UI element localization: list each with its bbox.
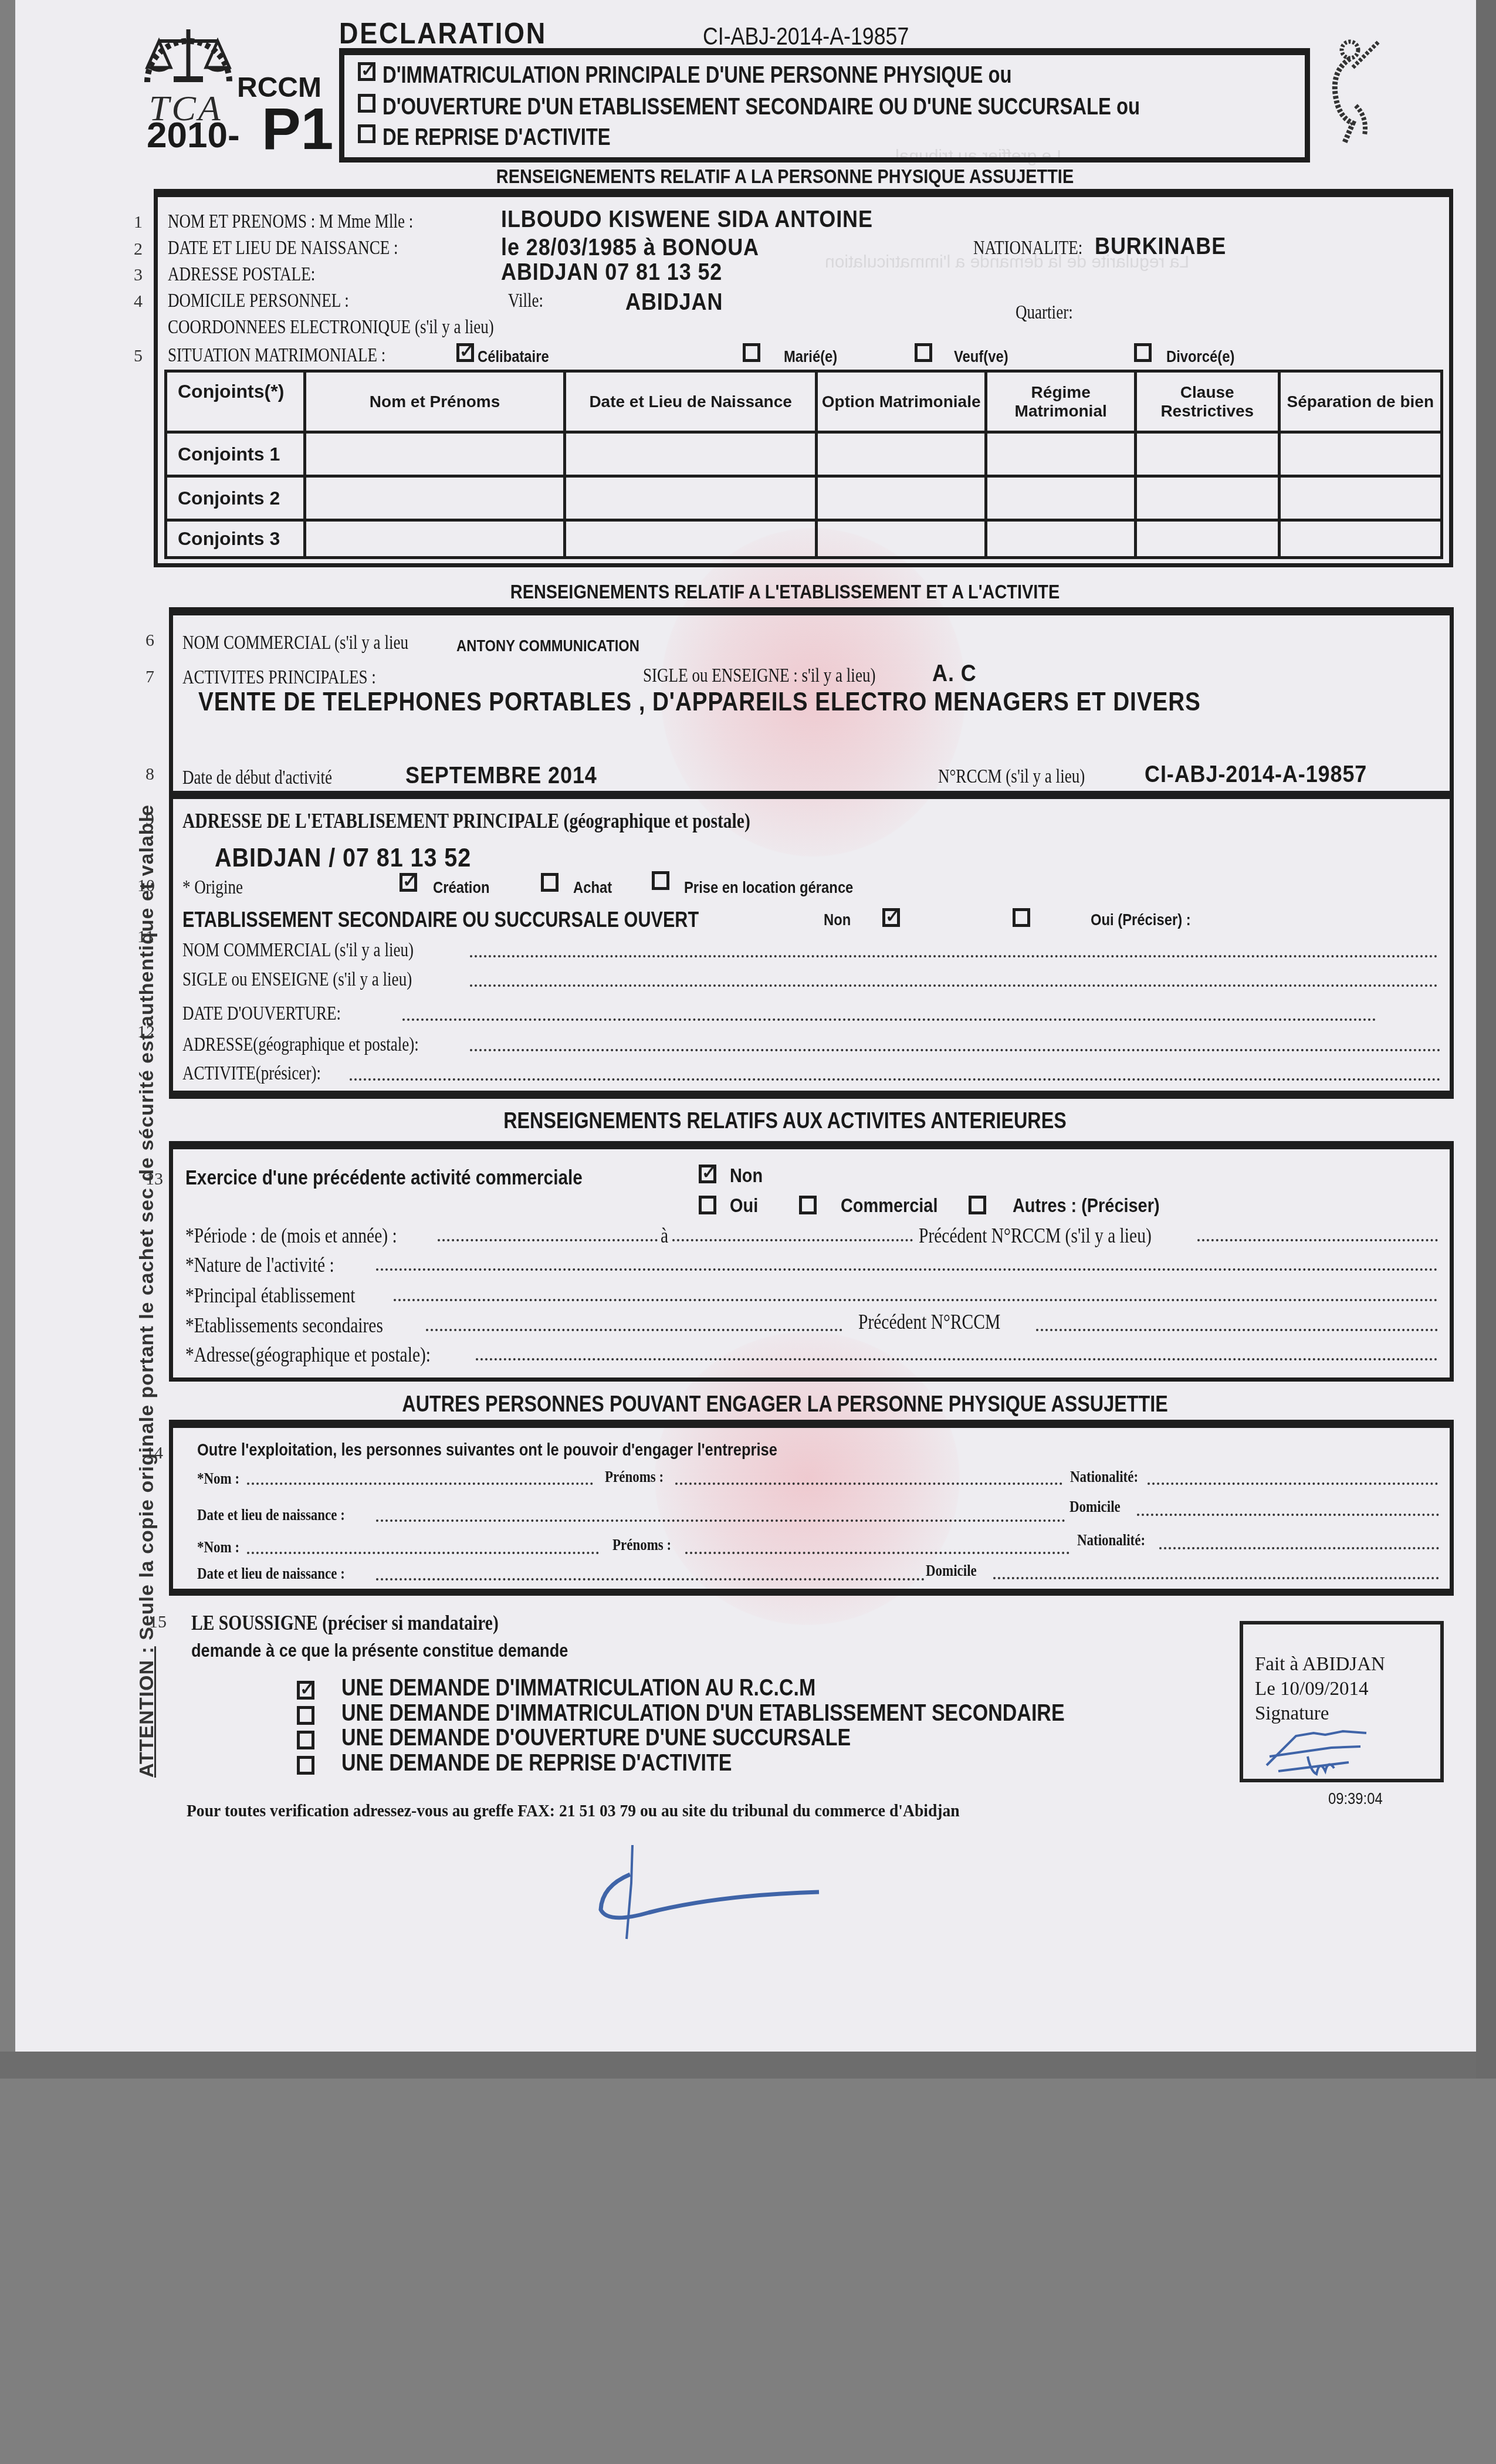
spouse-table-header-cell: Séparation de bien [1279,371,1441,432]
quarter-label: Quartier: [1016,302,1073,324]
declaration-type-checkbox-3[interactable] [358,124,375,143]
establishment-address-label-suffix: (géographique et postale) [564,809,750,832]
request-intro: demande à ce que la présente constitue d… [191,1640,568,1661]
main-activities-value: VENTE DE TELEPHONES PORTABLES , D'APPARE… [198,688,1201,717]
spouse-table-cell[interactable] [565,476,817,520]
declaration-type-label-3: DE REPRISE D'ACTIVITE [383,124,611,151]
secondary-sign-field[interactable] [470,984,1438,987]
secondary-address-label: ADRESSE(géographique et postale): [182,1034,419,1056]
declaration-type-checkbox-2[interactable] [358,94,375,113]
declaration-type-label-1: D'IMMATRICULATION PRINCIPALE D'UNE PERSO… [383,62,1012,89]
spouse-row-label: Conjoints 3 [166,520,305,558]
spouse-table-header-cell: Nom et Prénoms [304,371,564,432]
marital-status-label: SITUATION MATRIMONIALE : [168,345,385,367]
rccm-value: CI-ABJ-2014-A-19857 [1145,761,1367,788]
form-series-code: P1 [262,100,333,158]
start-date-value: SEPTEMBRE 2014 [405,763,597,789]
secondary-yes-label: Oui (Préciser) : [1091,911,1191,929]
spouse-table-cell[interactable] [1135,432,1279,476]
request-checkbox-branch[interactable] [297,1731,314,1749]
previous-no-label: Non [730,1165,763,1187]
spouse-table-cell[interactable] [565,520,817,558]
origin-label-creation: Création [433,878,490,897]
request-checkbox-resumption[interactable] [297,1756,314,1775]
scanner-edge [1476,0,1496,2079]
other-1-nationality-field[interactable] [1148,1483,1438,1485]
trade-name-label: NOM COMMERCIAL (s'il y a lieu [182,632,408,654]
other-2-name-label: *Nom : [197,1538,239,1557]
other-2-birth-field[interactable] [376,1578,925,1580]
secondary-address-field[interactable] [470,1049,1441,1051]
previous-yes-label: Oui [730,1194,758,1217]
name-value: ILBOUDO KISWENE SIDA ANTOINE [501,207,873,233]
declaration-type-label-2: D'OUVERTURE D'UN ETABLISSEMENT SECONDAIR… [383,94,1140,120]
line-number-10: 10 [137,876,155,896]
activity-nature-field[interactable] [376,1268,1438,1271]
line-number-1: 1 [134,212,143,232]
request-label-branch: UNE DEMANDE D'OUVERTURE D'UNE SUCCURSALE [341,1725,851,1751]
line-number-13: 13 [145,1169,163,1189]
spouse-table-row: Conjoints 3 [166,520,1442,558]
signature-box: Fait à ABIDJAN Le 10/09/2014 Signature [1240,1621,1444,1782]
spouse-table-cell[interactable] [1135,476,1279,520]
origin-label: * Origine [182,877,243,899]
other-2-nationality-field[interactable] [1159,1547,1439,1549]
birth-label: DATE ET LIEU DE NAISSANCE : [168,238,398,259]
previous-rccm-label: Précédent N°RCCM (s'il y a lieu) [919,1223,1152,1248]
verification-footer: Pour toutes verification adressez-vous a… [187,1801,960,1821]
name-label: NOM ET PRENOMS : M Mme Mlle : [168,211,413,233]
other-2-firstname-field[interactable] [685,1552,1069,1554]
others-intro: Outre l'exploitation, les personnes suiv… [197,1440,777,1460]
other-1-firstname-label: Prénoms : [605,1468,664,1487]
request-label-secondary: UNE DEMANDE D'IMMATRICULATION D'UN ETABL… [341,1700,1065,1727]
document-page: La regularite de la demande a l'immatric… [15,0,1476,2052]
postal-address-label: ADRESSE POSTALE: [168,264,315,286]
line-number-14: 14 [145,1443,163,1463]
secondary-no-label: Non [824,911,851,929]
secondary-no-checkbox[interactable] [882,908,900,927]
document-title: DECLARATION [339,16,547,50]
activity-nature-label: *Nature de l'activité : [185,1253,334,1277]
request-checkbox-secondary[interactable] [297,1706,314,1725]
birth-value: le 28/03/1985 à BONOUA [501,235,759,261]
line-number-12: 12 [137,1022,155,1042]
declaration-type-checkbox-1[interactable] [358,62,375,81]
origin-checkbox-creation[interactable] [400,873,417,892]
opening-date-label: DATE D'OUVERTURE: [182,1003,341,1025]
city-label: Ville: [508,290,543,312]
establishment-address-value: ABIDJAN / 07 81 13 52 [215,844,471,873]
electronic-contact-label: COORDONNEES ELECTRONIQUE (s'il y a lieu) [168,317,494,339]
sign-label: SIGLE ou ENSEIGNE : s'il y a lieu) [643,665,875,687]
other-2-nationality-label: Nationalité: [1077,1531,1145,1550]
spouse-table-cell[interactable] [565,432,817,476]
section-heading-establishment: RENSEIGNEMENTS RELATIF A L'ETABLISSEMENT… [336,581,1234,604]
nationality-label: NATIONALITE: [973,238,1082,259]
secondary-trade-name-field[interactable] [470,955,1438,957]
line-number-7: 7 [145,667,154,687]
previous-rccm-field[interactable] [1197,1239,1438,1241]
spouse-table: Conjoints(*)Nom et PrénomsDate et Lieu d… [164,370,1443,559]
other-2-firstname-label: Prénoms : [612,1536,671,1555]
line-number-9: 9 [145,810,154,830]
origin-label-purchase: Achat [573,878,612,897]
signature-date: Le 10/09/2014 [1255,1678,1368,1700]
period-from-field[interactable] [438,1239,658,1241]
section-heading-person: RENSEIGNEMENTS RELATIF A LA PERSONNE PHY… [336,165,1234,188]
secondary-trade-name-label: NOM COMMERCIAL (s'il y a lieu) [182,940,414,962]
secondary-activity-field[interactable] [350,1078,1441,1081]
spouse-table-header-cell: Date et Lieu de Naissance [565,371,817,432]
nationality-value: BURKINABE [1095,233,1226,260]
spouse-table-row: Conjoints 2 [166,476,1442,520]
request-checkbox-rccm[interactable] [297,1681,314,1700]
request-label-rccm: UNE DEMANDE D'IMMATRICULATION AU R.C.C.M [341,1675,815,1701]
spouse-table-cell[interactable] [1279,520,1441,558]
establishment-address-label-main: ADRESSE DE L'ETABLISEMENT PRINCIPALE [182,809,559,832]
form-series-year: 2010- [147,114,240,156]
previous-other-checkbox[interactable] [969,1196,986,1214]
spouse-table-cell[interactable] [816,520,986,558]
other-1-nationality-label: Nationalité: [1070,1468,1138,1487]
previous-address-field[interactable] [476,1358,1438,1360]
main-activities-label: ACTIVITES PRINCIPALES : [182,667,376,689]
domicile-label: DOMICILE PERSONNEL : [168,290,349,312]
principal-establishment-label: *Principal établissement [185,1283,355,1308]
handwritten-initials-icon [567,1842,1024,1942]
handwritten-signature-icon [1261,1724,1390,1777]
scanner-shadow-band [0,2052,1496,2079]
spouse-table-cell[interactable] [304,432,564,476]
opening-date-field[interactable] [402,1018,1376,1021]
secondary-sign-label: SIGLE ou ENSEIGNE (s'il y a lieu) [182,969,412,991]
postal-address-value: ABIDJAN 07 81 13 52 [501,259,722,286]
other-1-name-field[interactable] [247,1483,593,1485]
other-2-name-field[interactable] [247,1552,599,1554]
spouse-row-label: Conjoints 2 [166,476,305,520]
spouse-table-row: Conjoints 1 [166,432,1442,476]
origin-label-lease: Prise en location gérance [684,878,853,897]
line-number-4: 4 [134,292,143,312]
timestamp: 09:39:04 [1328,1789,1383,1808]
marital-label-divorced: Divorcé(e) [1166,347,1234,366]
line-number-15: 15 [149,1612,167,1632]
spouse-table-cell[interactable] [1279,476,1441,520]
spouse-table-header-cell: Option Matrimoniale [816,371,986,432]
secondary-yes-checkbox[interactable] [1013,908,1030,927]
other-1-birth-label: Date et lieu de naissance : [197,1506,345,1525]
period-label: *Période : de (mois et année) : [185,1223,397,1248]
other-2-domicile-label: Domicile [926,1562,977,1580]
previous-activity-question: Exercice d'une précédente activité comme… [185,1166,583,1190]
side-note-prefix: ATTENTION : [136,1646,158,1778]
previous-commercial-checkbox[interactable] [799,1196,817,1214]
line-number-5: 5 [134,346,143,366]
section-heading-others: AUTRES PERSONNES POUVANT ENGAGER LA PERS… [336,1392,1234,1417]
line-number-8: 8 [145,764,154,784]
rccm-label: N°RCCM (s'il y a lieu) [938,766,1085,788]
spouse-table-cell[interactable] [986,520,1136,558]
document-reference: CI-ABJ-2014-A-19857 [703,22,909,50]
spouse-table-header-cell: Régime Matrimonial [986,371,1136,432]
secondary-establishments-label: *Etablissements secondaires [185,1313,383,1338]
spouse-table-header-cell: Conjoints(*) [166,371,305,432]
spouse-table-cell[interactable] [986,432,1136,476]
spouse-table-cell[interactable] [986,476,1136,520]
other-1-domicile-field[interactable] [1137,1514,1439,1516]
marital-label-single: Célibataire [478,347,549,366]
marital-checkbox-divorced[interactable] [1134,343,1152,362]
line-number-3: 3 [134,265,143,285]
line-number-2: 2 [134,239,143,259]
secondary-activity-label: ACTIVITE(présicer): [182,1063,321,1085]
spouse-table-cell[interactable] [304,476,564,520]
signature-label: Signature [1255,1703,1329,1725]
city-value: ABIDJAN [625,289,723,316]
spouse-table-cell[interactable] [304,520,564,558]
request-label-resumption: UNE DEMANDE DE REPRISE D'ACTIVITE [341,1750,732,1776]
secondary-establishment-label: ETABLISSEMENT SECONDAIRE OU SUCCURSALE O… [182,908,699,932]
establishment-address-label: ADRESSE DE L'ETABLISEMENT PRINCIPALE (gé… [182,808,750,833]
marital-label-married: Marié(e) [784,347,837,366]
previous-yes-checkbox[interactable] [699,1196,716,1214]
section-heading-previous: RENSEIGNEMENTS RELATIFS AUX ACTIVITES AN… [336,1109,1234,1134]
other-1-firstname-field[interactable] [675,1483,1062,1485]
spouse-table-header-cell: Clause Restrictives [1135,371,1279,432]
other-1-birth-field[interactable] [376,1519,1065,1522]
origin-checkbox-purchase[interactable] [541,873,559,892]
lady-justice-figure-icon [1321,35,1391,153]
marital-checkbox-married[interactable] [743,343,760,362]
signature-place: Fait à ABIDJAN [1255,1654,1385,1676]
previous-no-checkbox[interactable] [699,1165,716,1183]
previous-address-label: *Adresse(géographique et postale): [185,1342,431,1367]
marital-label-widowed: Veuf(ve) [954,347,1008,366]
other-1-domicile-label: Domicile [1069,1498,1121,1517]
spouse-table-cell[interactable] [816,476,986,520]
period-to-field[interactable] [672,1239,913,1241]
previous-rccm-2-label: Précédent N°RCCM [858,1309,1000,1334]
previous-rccm-2-field[interactable] [1036,1329,1438,1331]
period-to-label: à [661,1223,668,1248]
other-2-domicile-field[interactable] [993,1577,1439,1579]
secondary-establishments-field[interactable] [426,1329,842,1331]
previous-commercial-label: Commercial [841,1194,937,1217]
spouse-row-label: Conjoints 1 [166,432,305,476]
spouse-table-cell[interactable] [816,432,986,476]
other-1-name-label: *Nom : [197,1470,239,1488]
spouse-table-cell[interactable] [1279,432,1441,476]
marital-checkbox-single[interactable] [456,343,474,362]
start-date-label: Date de début d'activité [182,767,332,789]
sign-value: A. C [932,661,977,687]
origin-checkbox-lease[interactable] [652,871,669,890]
principal-establishment-field[interactable] [394,1299,1438,1301]
undersigned-label: LE SOUSSIGNE (préciser si mandataire) [191,1610,499,1635]
spouse-table-header-row: Conjoints(*)Nom et PrénomsDate et Lieu d… [166,371,1442,432]
trade-name-value: ANTONY COMMUNICATION [456,637,639,655]
marital-checkbox-widowed[interactable] [915,343,932,362]
line-number-6: 6 [145,631,154,651]
line-number-11: 11 [137,927,154,947]
spouse-table-cell[interactable] [1135,520,1279,558]
previous-other-label: Autres : (Préciser) [1013,1194,1160,1217]
other-2-birth-label: Date et lieu de naissance : [197,1565,345,1583]
